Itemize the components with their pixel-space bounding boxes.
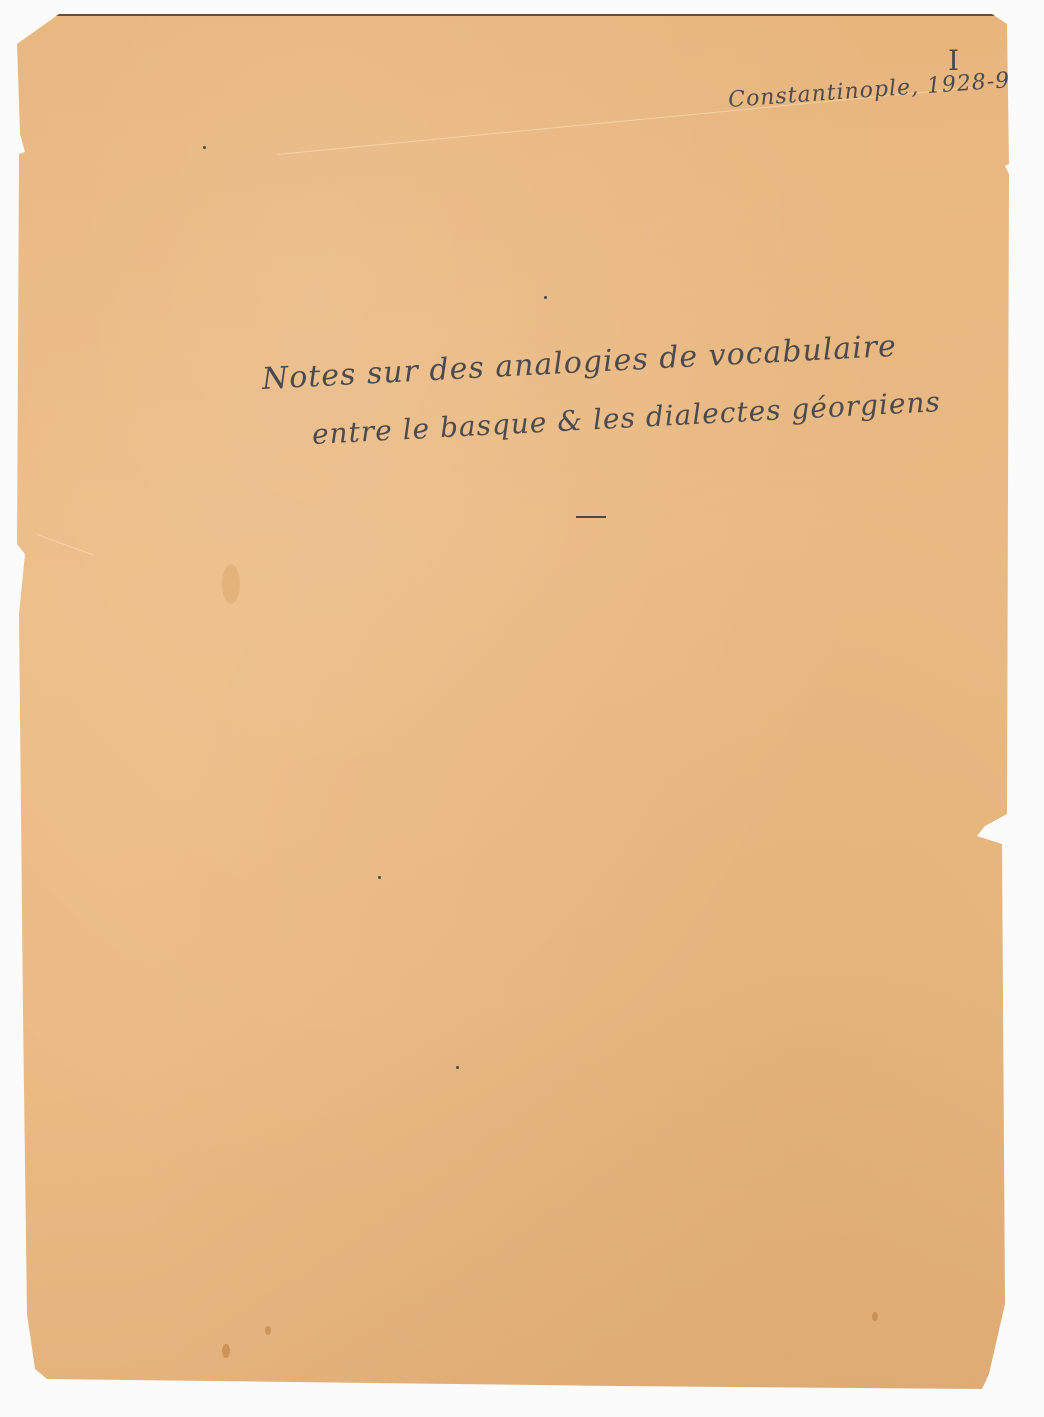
manuscript-page (17, 14, 1009, 1394)
stain (265, 1326, 271, 1335)
stain (222, 1344, 230, 1358)
stain (222, 564, 240, 604)
paper-crease (37, 534, 94, 555)
ink-dot (544, 296, 547, 299)
ink-dot (203, 146, 206, 149)
ink-dot (456, 1066, 459, 1069)
stain (872, 1312, 878, 1321)
separator-dash (576, 516, 606, 518)
ink-dot (378, 876, 381, 879)
